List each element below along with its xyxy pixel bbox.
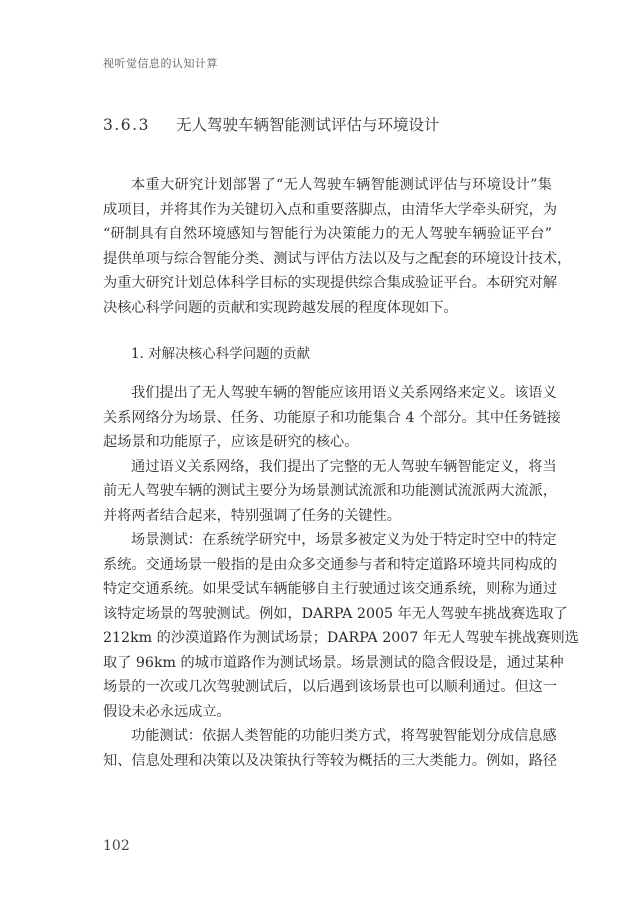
running-header: 视听觉信息的认知计算: [103, 55, 218, 71]
text-line: 假设未必永远成立。: [103, 700, 552, 725]
text-line: 决核心科学问题的贡献和实现跨越发展的程度体现如下。: [103, 296, 552, 321]
text-line: 系统。交通场景一般指的是由众多交通参与者和特定道路环境共同构成的: [103, 553, 552, 578]
text-line: 取了 96km 的城市道路作为测试场景。场景测试的隐含假设是，通过某种: [103, 651, 552, 676]
paragraph-semantic-network: 我们提出了无人驾驶车辆的智能应该用语义关系网络来定义。该语义 关系网络分为场景、…: [103, 381, 552, 455]
text-line: 特定交通系统。如果受试车辆能够自主行驶通过该交通系统，则称为通过: [103, 577, 552, 602]
text-line: 我们提出了无人驾驶车辆的智能应该用语义关系网络来定义。该语义: [103, 381, 552, 406]
paragraph-intro: 本重大研究计划部署了“无人驾驶车辆智能测试评估与环境设计”集 成项目，并将其作为…: [103, 173, 552, 320]
text-line: 提供单项与综合智能分类、测试与评估方法以及与之配套的环境设计技术，: [103, 247, 552, 272]
text-line: 212km 的沙漠道路作为测试场景；DARPA 2007 年无人驾驶车挑战赛则选: [103, 626, 552, 651]
text-line: 关系网络分为场景、任务、功能原子和功能集合 4 个部分。其中任务链接: [103, 406, 552, 431]
section-heading: 3.6.3无人驾驶车辆智能测试评估与环境设计: [103, 113, 439, 135]
section-number: 3.6.3: [103, 116, 150, 134]
text-line: 场景的一次或几次驾驶测试后，以后遇到该场景也可以顺利通过。但这一: [103, 675, 552, 700]
text-line: 本重大研究计划部署了“无人驾驶车辆智能测试评估与环境设计”集: [103, 173, 552, 198]
text-line: 知、信息处理和决策以及决策执行等较为概括的三大类能力。例如，路径: [103, 749, 552, 774]
text-line: 并将两者结合起来，特别强调了任务的关键性。: [103, 504, 552, 529]
paragraph-scenario-testing: 场景测试：在系统学研究中，场景多被定义为处于特定时空中的特定 系统。交通场景一般…: [103, 528, 552, 724]
subheading: 1. 对解决核心科学问题的贡献: [131, 342, 310, 362]
text-line: 功能测试：依据人类智能的功能归类方式，将驾驶智能划分成信息感: [103, 724, 552, 749]
page-number: 102: [103, 838, 130, 854]
paragraph-definition: 通过语义关系网络，我们提出了完整的无人驾驶车辆智能定义，将当 前无人驾驶车辆的测…: [103, 455, 552, 529]
text-line: 场景测试：在系统学研究中，场景多被定义为处于特定时空中的特定: [103, 528, 552, 553]
text-line: 成项目，并将其作为关键切入点和重要落脚点，由清华大学牵头研究，为: [103, 198, 552, 223]
text-line: “研制具有自然环境感知与智能行为决策能力的无人驾驶车辆验证平台”: [103, 222, 552, 247]
text-line: 前无人驾驶车辆的测试主要分为场景测试流派和功能测试流派两大流派，: [103, 479, 552, 504]
text-line: 通过语义关系网络，我们提出了完整的无人驾驶车辆智能定义，将当: [103, 455, 552, 480]
paragraph-function-testing: 功能测试：依据人类智能的功能归类方式，将驾驶智能划分成信息感 知、信息处理和决策…: [103, 724, 552, 773]
text-line: 起场景和功能原子，应该是研究的核心。: [103, 430, 552, 455]
section-title: 无人驾驶车辆智能测试评估与环境设计: [176, 116, 440, 134]
text-line: 为重大研究计划总体科学目标的实现提供综合集成验证平台。本研究对解: [103, 271, 552, 296]
text-line: 该特定场景的驾驶测试。例如，DARPA 2005 年无人驾驶车挑战赛选取了: [103, 602, 552, 627]
